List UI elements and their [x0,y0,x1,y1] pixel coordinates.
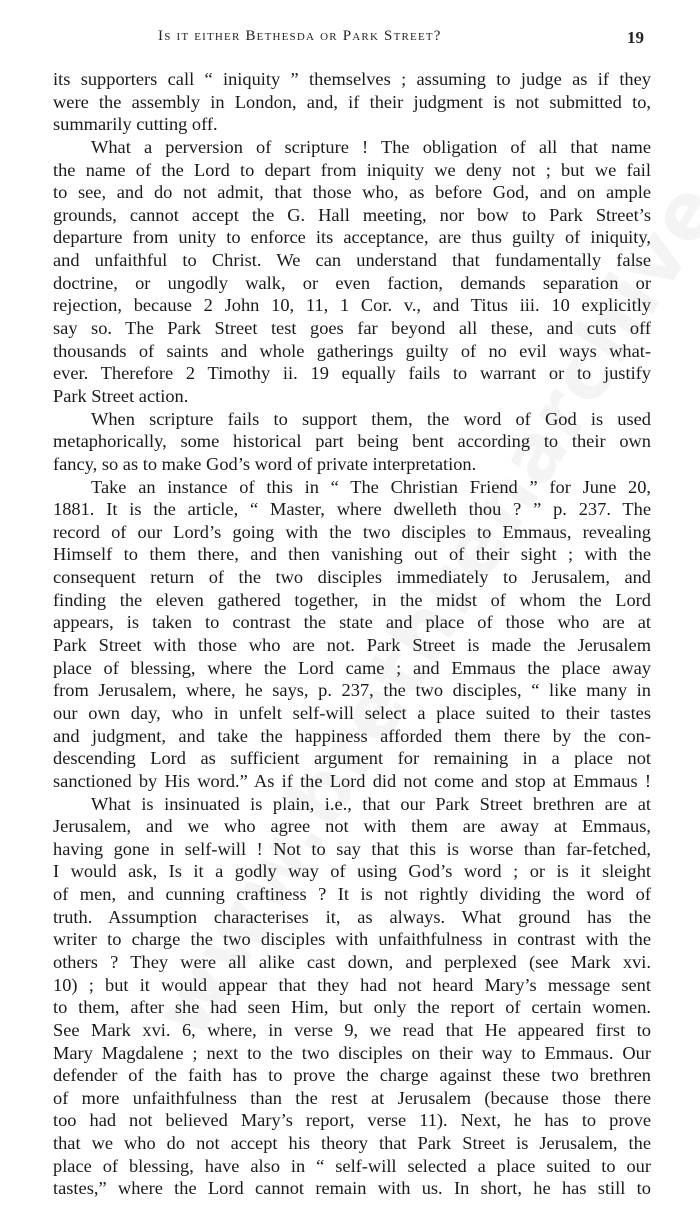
text-line: our own day, who in unfelt self-will sel… [53,702,651,725]
text-line: What a perversion of scripture ! The obl… [53,136,651,159]
text-line: I would ask, Is it a godly way of using … [53,860,651,883]
text-line: doctrine, or ungodly walk, or even facti… [53,272,651,295]
text-line: were the assembly in London, and, if the… [53,91,651,114]
text-line: Park Street action. [53,385,651,408]
text-line: summarily cutting off. [53,113,651,136]
text-line: of men, and cunning craftiness ? It is n… [53,883,651,906]
text-line: consequent return of the two disciples i… [53,566,651,589]
text-line: See Mark xvi. 6, where, in verse 9, we r… [53,1019,651,1042]
text-line: to see, and do not admit, that those who… [53,181,651,204]
text-line: What is insinuated is plain, i.e., that … [53,793,651,816]
page-number: 19 [627,28,644,48]
running-title: Is it either Bethesda or Park Street? [158,28,578,45]
text-line: from Jerusalem, where, he says, p. 237, … [53,679,651,702]
text-line: having gone in self-will ! Not to say th… [53,838,651,861]
text-line: rejection, because 2 John 10, 11, 1 Cor.… [53,294,651,317]
text-line: writer to charge the two disciples with … [53,928,651,951]
text-line: descending Lord as sufficient argument f… [53,747,651,770]
text-line: tastes,” where the Lord cannot remain wi… [53,1177,651,1200]
text-line: appears, is taken to contrast the state … [53,611,651,634]
text-line: record of our Lord’s going with the two … [53,521,651,544]
text-line: say so. The Park Street test goes far be… [53,317,651,340]
text-line: fancy, so as to make God’s word of priva… [53,453,651,476]
text-line: thousands of saints and whole gatherings… [53,340,651,363]
text-line: When scripture fails to support them, th… [53,408,651,431]
text-line: too had not believed Mary’s report, vers… [53,1109,651,1132]
text-line: place of blessing, where the Lord came ;… [53,657,651,680]
text-line: to them, after she had seen Him, but onl… [53,996,651,1019]
text-line: place of blessing, have also in “ self-w… [53,1155,651,1178]
text-line: that we who do not accept his theory tha… [53,1132,651,1155]
text-line: and unfaithful to Christ. We can underst… [53,249,651,272]
text-line: finding the eleven gathered together, in… [53,589,651,612]
text-line: Take an instance of this in “ The Christ… [53,476,651,499]
book-page: www.brethrenarchive.org Is it either Bet… [0,0,700,1226]
text-line: sanctioned by His word.” As if the Lord … [53,770,651,793]
text-line: its supporters call “ iniquity ” themsel… [53,68,651,91]
text-line: and judgment, and take the happiness aff… [53,725,651,748]
text-line: truth. Assumption characterises it, as a… [53,906,651,929]
text-line: of more unfaithfulness than the rest at … [53,1087,651,1110]
body-text: its supporters call “ iniquity ” themsel… [53,68,651,1200]
text-line: Jerusalem, and we who agree not with the… [53,815,651,838]
text-line: the name of the Lord to depart from iniq… [53,159,651,182]
text-line: Himself to them there, and then vanishin… [53,543,651,566]
text-line: defender of the faith has to prove the c… [53,1064,651,1087]
text-line: departure from unity to enforce its acce… [53,226,651,249]
text-line: ever. Therefore 2 Timothy ii. 19 equally… [53,362,651,385]
text-line: grounds, cannot accept the G. Hall meeti… [53,204,651,227]
text-line: metaphorically, some historical part bei… [53,430,651,453]
text-line: 1881. It is the article, “ Master, where… [53,498,651,521]
text-line: 10) ; but it would appear that they had … [53,974,651,997]
text-line: others ? They were all alike cast down, … [53,951,651,974]
text-line: Park Street with those who are not. Park… [53,634,651,657]
text-line: Mary Magdalene ; next to the two discipl… [53,1042,651,1065]
